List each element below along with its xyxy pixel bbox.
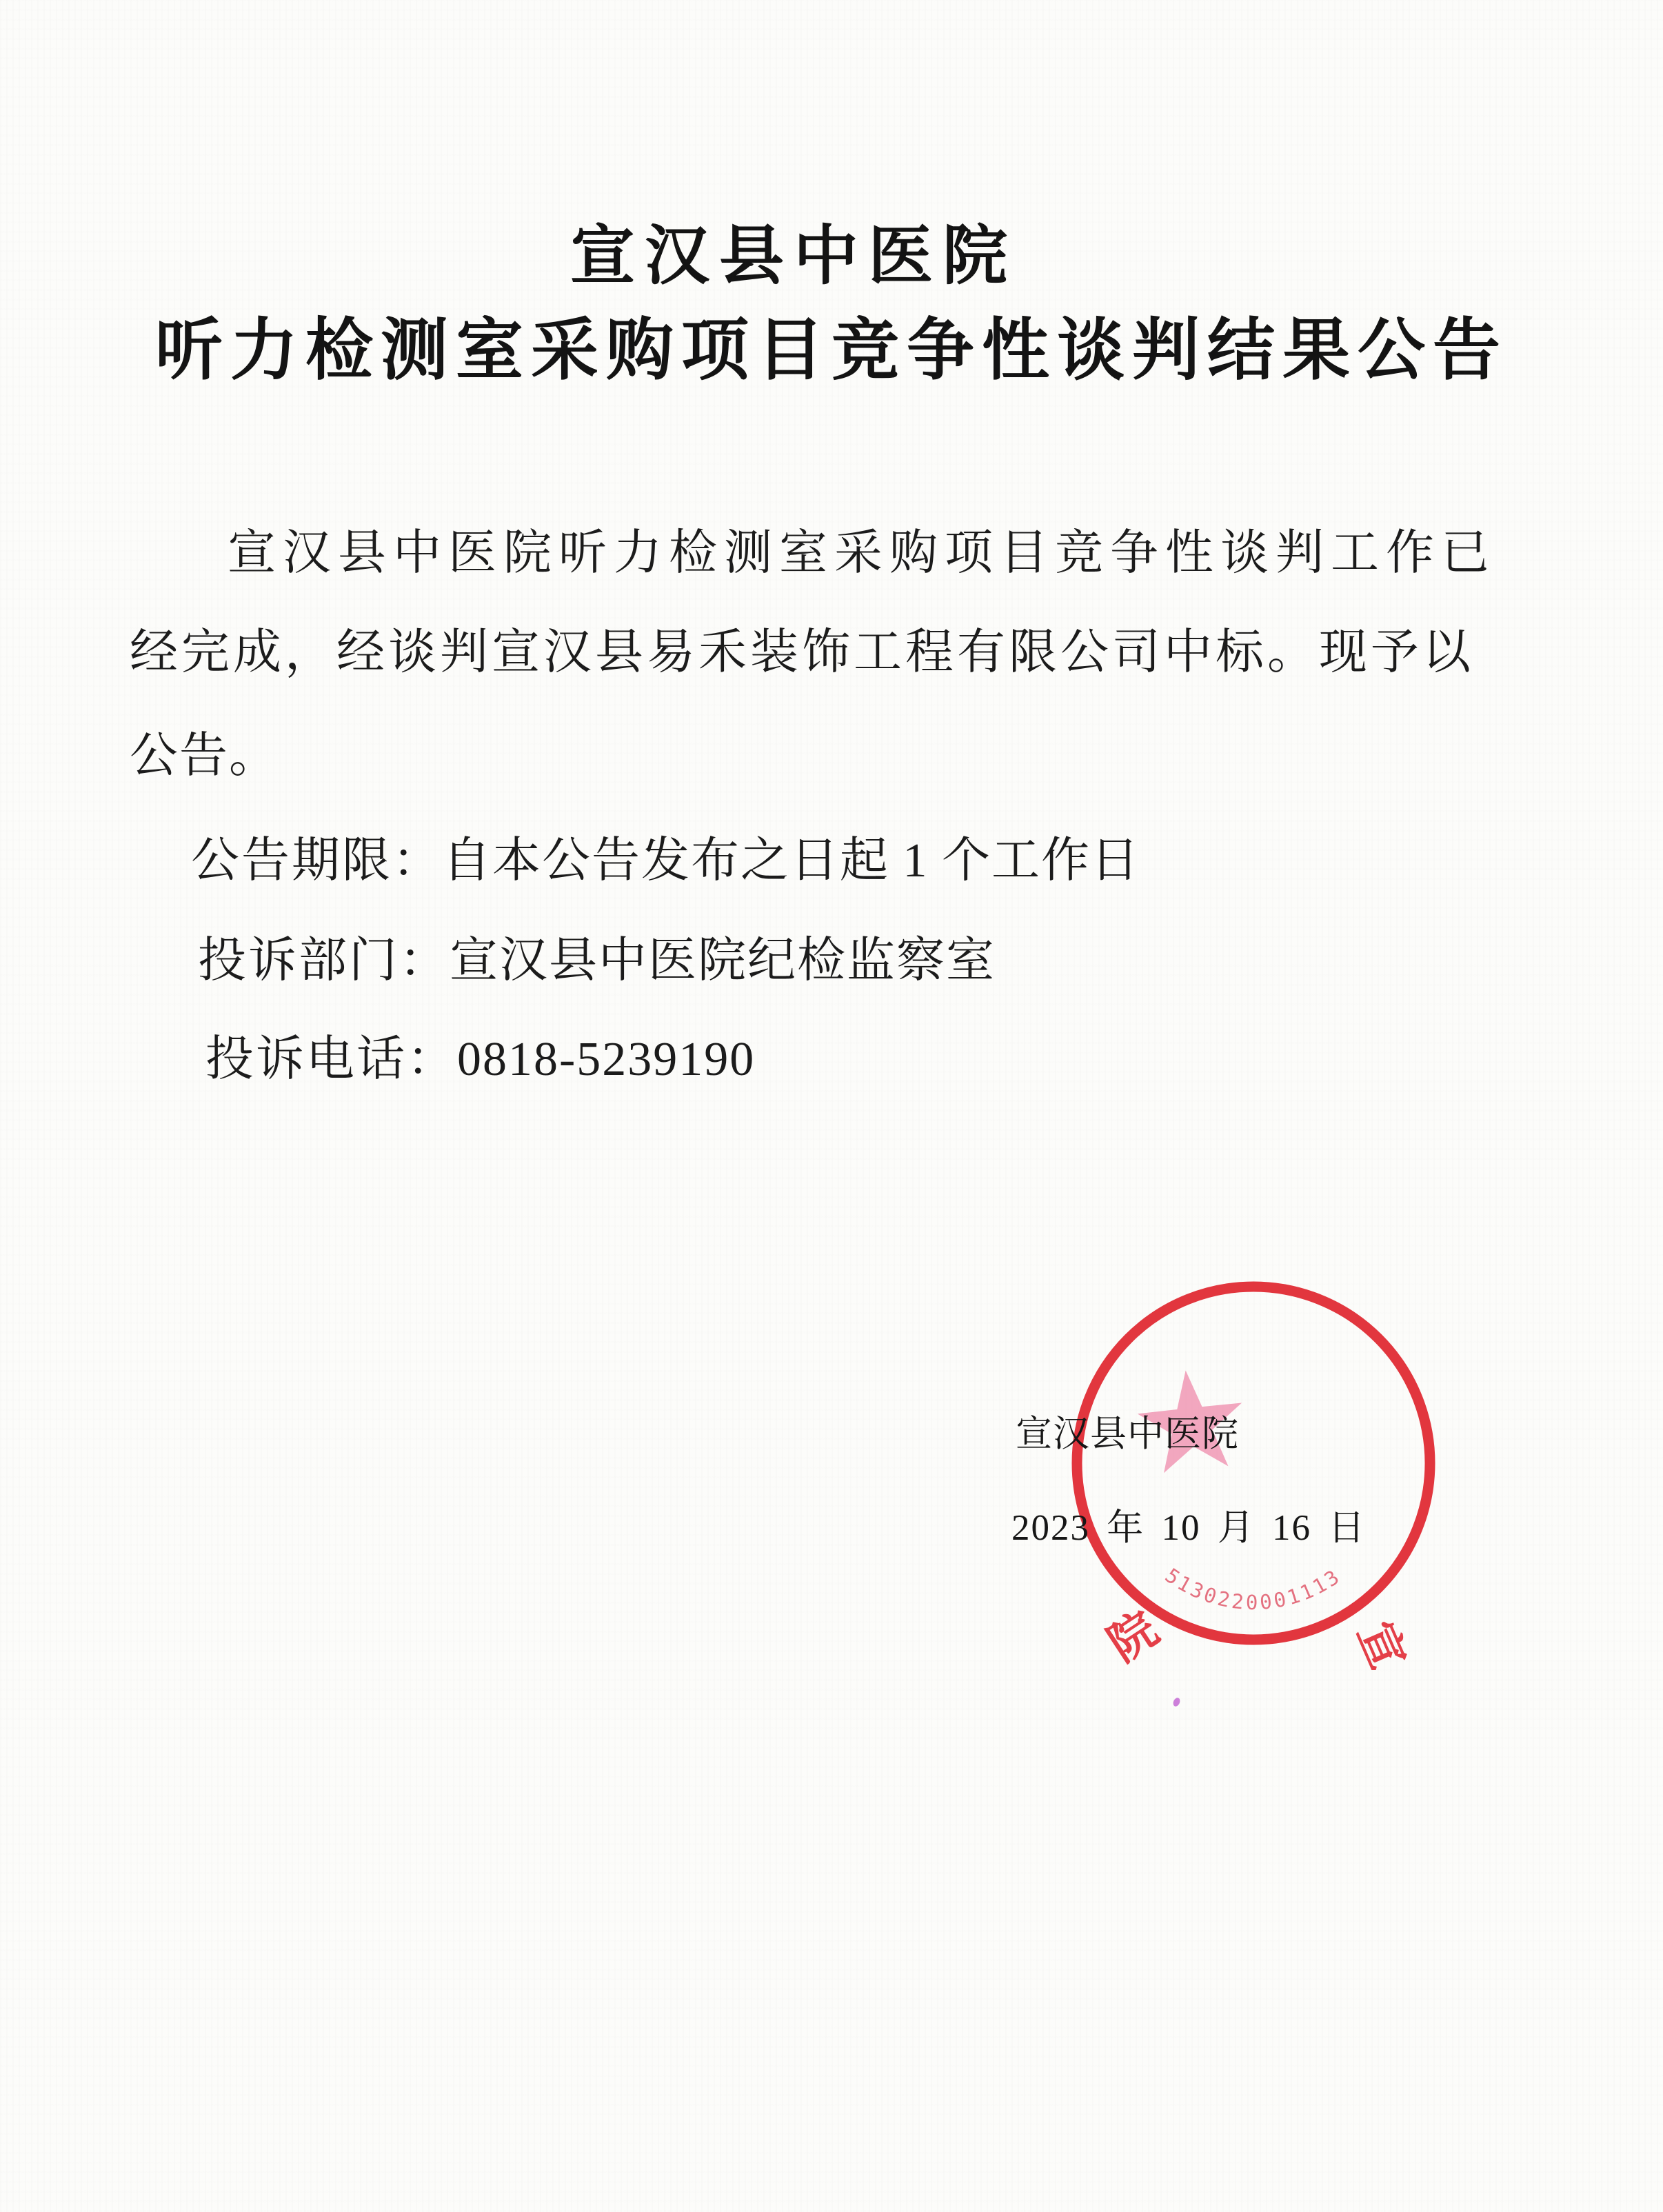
notice-period-line: 公告期限：自本公告发布之日起 1 个工作日 (191, 834, 1140, 888)
complaint-department-line: 投诉部门：宣汉县中医院纪检监察室 (198, 934, 996, 988)
title-line-2: 听力检测室采购项目竞争性谈判结果公告 (0, 316, 1663, 383)
paragraph-line-2: 经完成，经谈判宣汉县易禾装饰工程有限公司中标。现予以 (130, 626, 1474, 680)
notice-period-value: 自本公告发布之日起 1 个工作日 (443, 834, 1140, 887)
paragraph-line-1: 宣汉县中医院听力检测室采购项目竞争性谈判工作已 (228, 527, 1496, 581)
complaint-phone-label: 投诉电话： (205, 1033, 457, 1086)
title-line-1: 宣汉县中医院 (0, 223, 1625, 288)
signature-date: 2023 年 10 月 16 日 (1011, 1510, 1366, 1547)
signature-org: 宣汉县中医院 (1016, 1416, 1239, 1453)
ink-speck (1172, 1697, 1182, 1708)
complaint-department-label: 投诉部门： (198, 934, 450, 987)
notice-period-label: 公告期限： (191, 834, 443, 887)
complaint-department-value: 宣汉县中医院纪检监察室 (450, 934, 996, 987)
complaint-phone-value: 0818-5239190 (457, 1033, 755, 1086)
scanned-announcement-page: 宣汉县中医院 听力检测室采购项目竞争性谈判结果公告 宣汉县中医院听力检测室采购项… (0, 0, 1663, 2212)
complaint-phone-line: 投诉电话：0818-5239190 (205, 1033, 755, 1087)
paragraph-line-3: 公告。 (130, 730, 279, 783)
seal-ring (1077, 1287, 1430, 1640)
official-seal: 宣汉县中医院 5130220001113 (1047, 1256, 1460, 1670)
